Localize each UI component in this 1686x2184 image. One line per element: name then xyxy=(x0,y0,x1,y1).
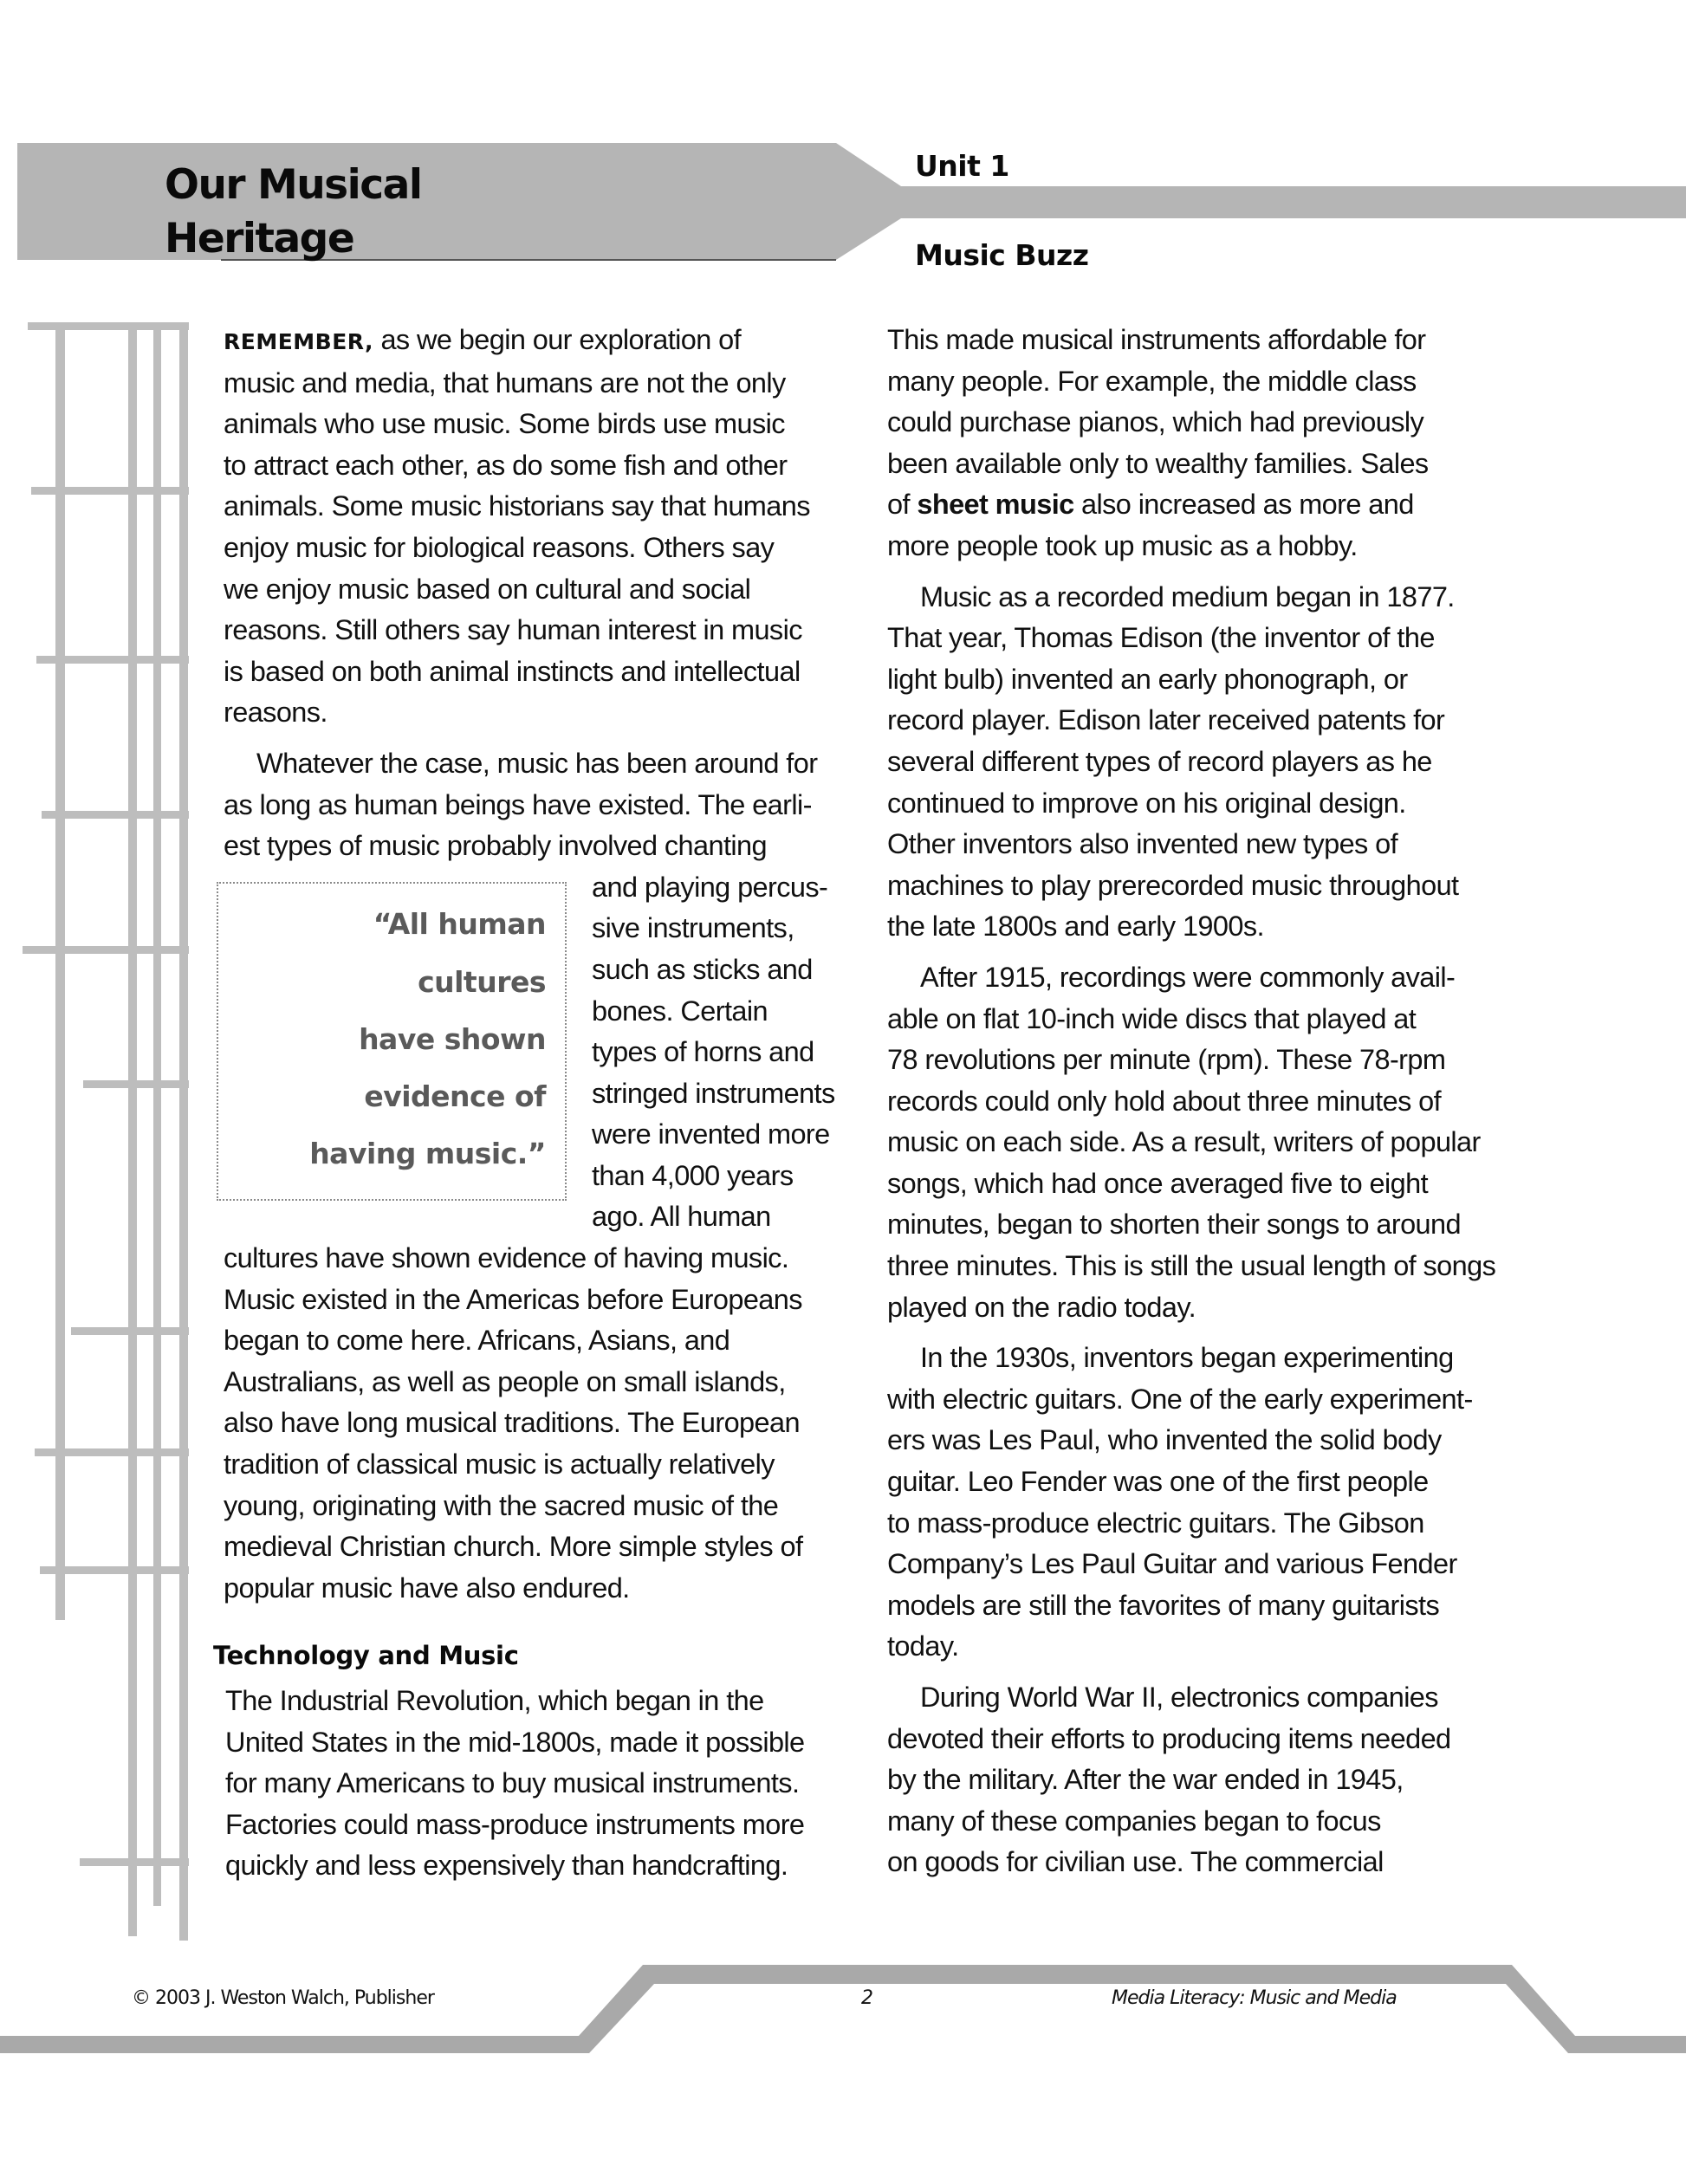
footer-book-title: Media Literacy: Music and Media xyxy=(1112,1989,1397,2008)
right-column: This made musical instruments affordable… xyxy=(887,320,1546,1883)
footer-page-number: 2 xyxy=(861,1989,872,2008)
paragraph-78rpm: After 1915, recordings were commonly ava… xyxy=(887,957,1546,1328)
pull-quote-line: evidence of xyxy=(364,1082,546,1111)
section-heading-technology: Technology and Music xyxy=(213,1643,519,1669)
page-title-line-2: Heritage xyxy=(165,218,353,259)
pull-quote-line: cultures xyxy=(418,968,546,996)
paragraph-edison: Music as a recorded medium began in 1877… xyxy=(887,577,1546,948)
section-label: Music Buzz xyxy=(915,241,1088,269)
pull-quote-line: have shown xyxy=(359,1025,546,1053)
paragraph-world-war-ii: During World War II, electronics compani… xyxy=(887,1677,1546,1883)
footer-band xyxy=(0,1949,1686,2071)
pull-quote-box: “All human cultures have shown evidence … xyxy=(217,882,567,1201)
footer-copyright: © 2003 J. Weston Walch, Publisher xyxy=(132,1989,434,2008)
paragraph-industrial-revolution: The Industrial Revolution, which began i… xyxy=(225,1681,849,1887)
paragraph-affordable: This made musical instruments affordable… xyxy=(887,320,1546,567)
paragraph-intro: REMEMBER, as we begin our exploration of… xyxy=(224,320,847,734)
left-column-section-2: The Industrial Revolution, which began i… xyxy=(225,1681,849,1887)
pull-quote-line: “All human xyxy=(373,910,546,938)
glossary-term-sheet-music: sheet music xyxy=(917,489,1073,520)
unit-label: Unit 1 xyxy=(915,152,1009,180)
pull-quote-line: having music.” xyxy=(309,1139,546,1168)
paragraph-electric-guitars: In the 1930s, inventors began experiment… xyxy=(887,1338,1546,1668)
lead-word: REMEMBER, xyxy=(224,329,373,354)
guitar-neck-decoration xyxy=(0,312,208,1941)
page-title-line-1: Our Musical xyxy=(165,165,421,205)
